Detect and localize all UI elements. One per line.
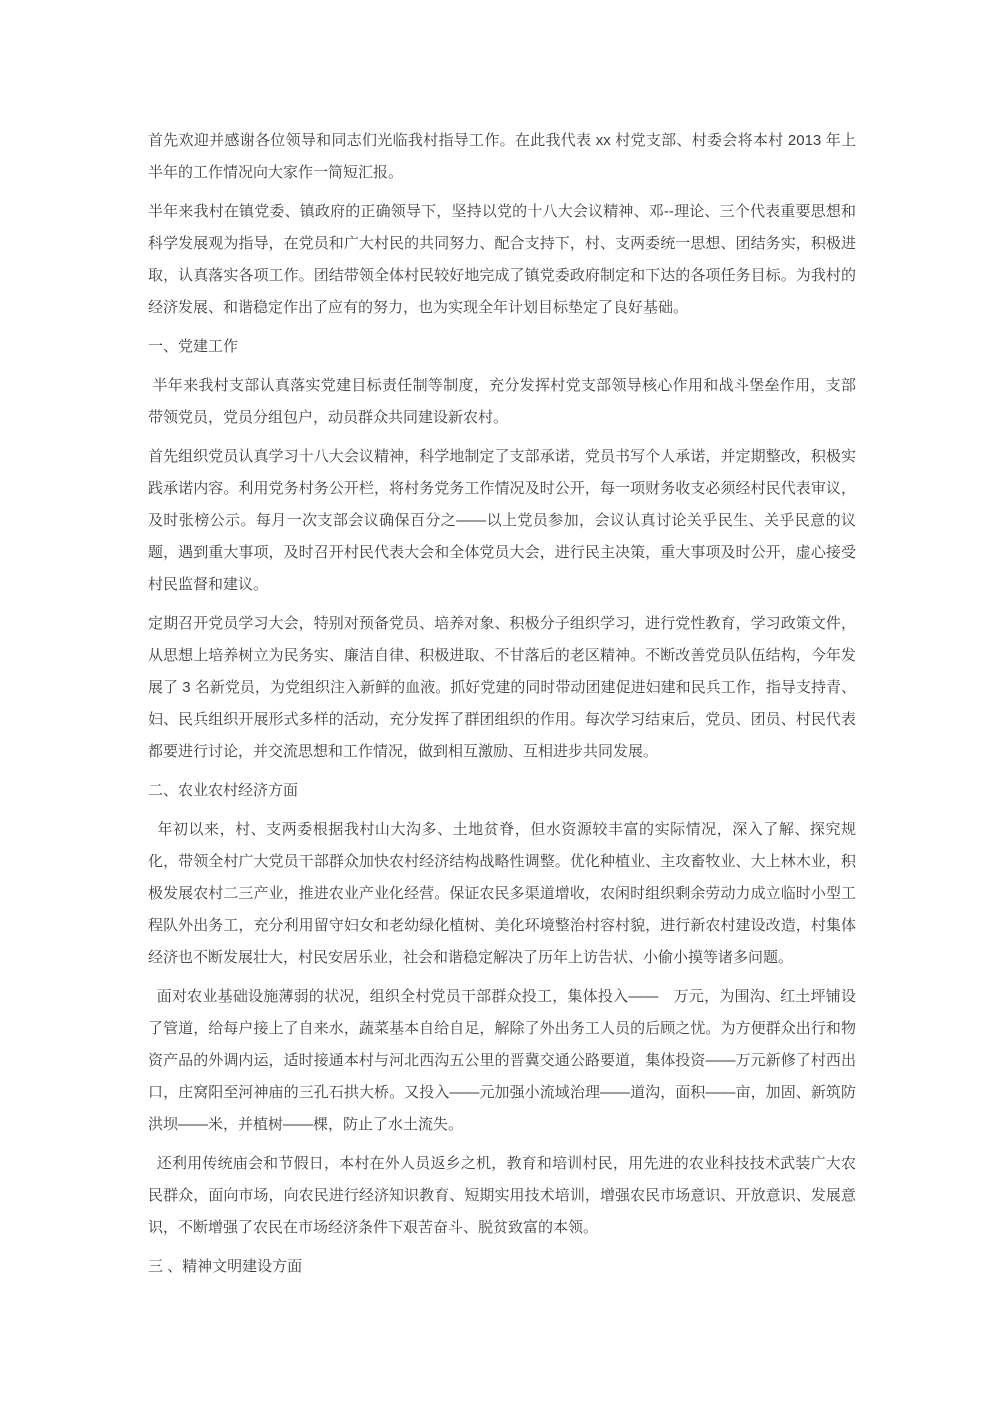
section-heading-spiritual-civilization: 三 、精神文明建设方面 [148, 1251, 856, 1283]
overview-paragraph: 半年来我村在镇党委、镇政府的正确领导下，坚持以党的十八大会议精神、邓--理论、三… [148, 196, 856, 324]
rural-economy-paragraph-1: 年初以来，村、支两委根据我村山大沟多、土地贫脊，但水资源较丰富的实际情况，深入了… [148, 814, 856, 974]
section-heading-party-building: 一、党建工作 [148, 331, 856, 363]
party-building-paragraph-3: 定期召开党员学习大会，特别对预备党员、培养对象、积极分子组织学习，进行党性教育，… [148, 608, 856, 768]
document-page: 首先欢迎并感谢各位领导和同志们光临我村指导工作。在此我代表 xx 村党支部、村委… [0, 0, 1000, 1415]
intro-paragraph: 首先欢迎并感谢各位领导和同志们光临我村指导工作。在此我代表 xx 村党支部、村委… [148, 125, 856, 189]
party-building-paragraph-1: 半年来我村支部认真落实党建目标责任制等制度，充分发挥村党支部领导核心作用和战斗堡… [148, 370, 856, 434]
rural-economy-paragraph-3: 还利用传统庙会和节假日，本村在外人员返乡之机，教育和培训村民，用先进的农业科技技… [148, 1148, 856, 1244]
party-building-paragraph-2: 首先组织党员认真学习十八大会议精神，科学地制定了支部承诺，党员书写个人承诺，并定… [148, 441, 856, 601]
document-body: 首先欢迎并感谢各位领导和同志们光临我村指导工作。在此我代表 xx 村党支部、村委… [148, 125, 856, 1290]
rural-economy-paragraph-2: 面对农业基础设施薄弱的状况，组织全村党员干部群众投工，集体投入—— 万元，为围沟… [148, 981, 856, 1141]
section-heading-rural-economy: 二、农业农村经济方面 [148, 775, 856, 807]
